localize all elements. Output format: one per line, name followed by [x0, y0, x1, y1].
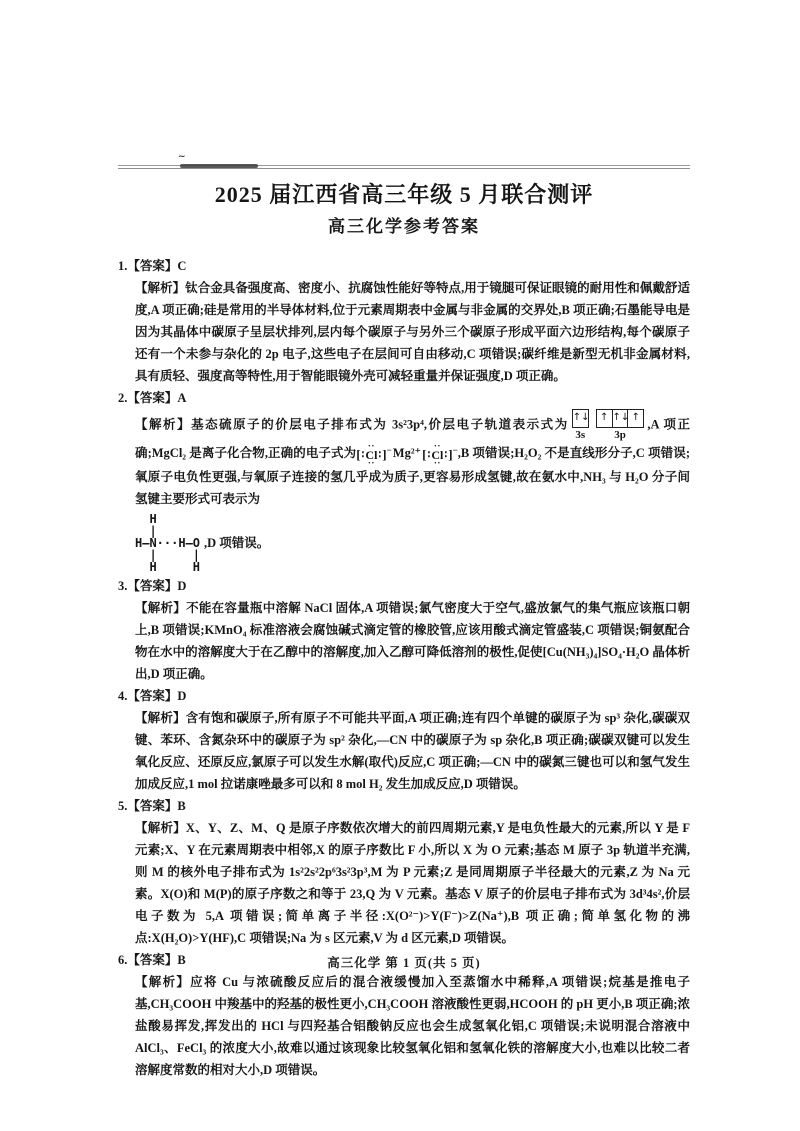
chloride-ion-structure: [∶··Cl··∶]−	[422, 444, 458, 466]
question-number: 3.	[118, 579, 127, 593]
bracket-open: [	[422, 444, 426, 466]
orbital-3p-column: ↑↑↓↑3p	[596, 409, 645, 442]
question-3: 3.【答案】D 【解析】不能在容量瓶中溶解 NaCl 固体,A 项错误;氯气密度…	[118, 575, 690, 685]
scan-corner-mark: ~	[178, 152, 186, 162]
question-5: 5.【答案】B 【解析】X、Y、Z、M、Q 是原子序数依次增大的前四周期元素,Y…	[118, 795, 690, 949]
question-1: 1.【答案】C 【解析】钛合金具备强度高、密度小、抗腐蚀性能好等特点,用于镜腿可…	[118, 255, 690, 387]
structure-conclusion-text: ,D 项错误。	[204, 532, 269, 554]
answer-line: 3.【答案】D	[118, 575, 690, 597]
analysis-label: 【解析】	[135, 601, 186, 615]
answer-label: 【答案】	[127, 799, 177, 813]
orbital-box-3p1: ↑	[596, 409, 613, 428]
page-title: 2025 届江西省高三年级 5 月联合测评	[118, 180, 690, 210]
answer-letter: C	[177, 259, 186, 273]
orbital-3s-column: ↑↓3s	[572, 409, 589, 442]
orbital-3p-boxes: ↑↑↓↑	[596, 409, 645, 428]
answer-label: 【答案】	[127, 579, 177, 593]
lone-pair-left: ∶	[428, 444, 431, 466]
structure-line: H H	[135, 561, 200, 573]
answer-line: 4.【答案】D	[118, 685, 690, 707]
hydrogen-bond-structural-formula: H |H—N···H—O | | H H	[135, 513, 200, 573]
question-number: 1.	[118, 259, 127, 273]
answer-label: 【答案】	[127, 259, 177, 273]
page-subtitle: 高三化学参考答案	[118, 214, 690, 240]
analysis-label: 【解析】	[135, 281, 185, 295]
question-4: 4.【答案】D 【解析】含有饱和碳原子,所有原子不可能共平面,A 项正确;连有四…	[118, 685, 690, 795]
answer-line: 5.【答案】B	[118, 795, 690, 817]
analysis-text: 钛合金具备强度高、密度小、抗腐蚀性能好等特点,用于镜腿可保证眼镜的耐用性和佩戴舒…	[135, 281, 690, 383]
answer-label: 【答案】	[127, 391, 177, 405]
orbital-label-3s: 3s	[575, 429, 585, 442]
analysis-text: X、Y、Z、M、Q 是原子序数依次增大的前四周期元素,Y 是电负性最大的元素,所…	[135, 821, 690, 945]
answer-letter: D	[177, 579, 186, 593]
hydrogen-bond-structure-row: H |H—N···H—O | | H H ,D 项错误。	[135, 513, 690, 573]
analysis-text: 含有饱和碳原子,所有原子不可能共平面,A 项正确;连有四个单键的碳原子为 sp³…	[135, 711, 690, 791]
orbital-box-3p2: ↑↓	[612, 409, 629, 428]
answer-label: 【答案】	[127, 689, 177, 703]
analysis-paragraph: 【解析】含有饱和碳原子,所有原子不可能共平面,A 项正确;连有四个单键的碳原子为…	[135, 707, 690, 795]
analysis-label: 【解析】	[135, 417, 191, 431]
lone-pair-right: ∶	[378, 444, 381, 466]
magnesium-ion: Mg²⁺	[393, 446, 421, 460]
analysis-text: 基态硫原子的价层电子排布式为 3s²3p⁴,价层电子轨道表示式为	[191, 417, 569, 431]
orbital-diagram: ↑↓3s↑↑↓↑3p	[572, 409, 645, 442]
chlorine-with-dots: ··Cl··	[431, 444, 443, 466]
scan-artifact-bar	[180, 164, 258, 168]
question-number: 2.	[118, 391, 127, 405]
analysis-text: 不能在容量瓶中溶解 NaCl 固体,A 项错误;氯气密度大于空气,盛放氯气的集气…	[135, 601, 690, 681]
question-number: 4.	[118, 689, 127, 703]
analysis-paragraph: 【解析】不能在容量瓶中溶解 NaCl 固体,A 项错误;氯气密度大于空气,盛放氯…	[135, 597, 690, 685]
lone-pair-right: ∶	[444, 444, 447, 466]
analysis-label: 【解析】	[135, 975, 190, 989]
negative-charge: −	[453, 439, 458, 461]
analysis-label: 【解析】	[135, 711, 186, 725]
analysis-text: 应将 Cu 与浓硫酸反应后的混合液缓慢加入至蒸馏水中稀释,A 项错误;烷基是推电…	[135, 975, 690, 1077]
analysis-paragraph: 【解析】X、Y、Z、M、Q 是原子序数依次增大的前四周期元素,Y 是电负性最大的…	[135, 817, 690, 949]
analysis-label: 【解析】	[135, 821, 186, 835]
exam-answer-page: ~ 2025 届江西省高三年级 5 月联合测评 高三化学参考答案 1.【答案】C…	[0, 0, 800, 1131]
lone-pair-bottom: ··	[368, 461, 375, 466]
negative-charge: −	[387, 439, 392, 461]
answer-line: 1.【答案】C	[118, 255, 690, 277]
orbital-box-3s: ↑↓	[572, 409, 589, 428]
lone-pair-bottom: ··	[434, 461, 441, 466]
chloride-ion-structure: [∶··Cl··∶]−	[356, 444, 392, 466]
question-number: 5.	[118, 799, 127, 813]
orbital-box-3p3: ↑	[627, 409, 644, 428]
answer-line: 2.【答案】A	[118, 387, 690, 409]
lone-pair-left: ∶	[362, 444, 365, 466]
header-rule-area: ~	[118, 150, 690, 172]
orbital-label-3p: 3p	[614, 429, 626, 442]
analysis-paragraph: 【解析】钛合金具备强度高、密度小、抗腐蚀性能好等特点,用于镜腿可保证眼镜的耐用性…	[135, 277, 690, 387]
question-2: 2.【答案】A 【解析】基态硫原子的价层电子排布式为 3s²3p⁴,价层电子轨道…	[118, 387, 690, 573]
chlorine-with-dots: ··Cl··	[365, 444, 377, 466]
analysis-paragraph: 【解析】基态硫原子的价层电子排布式为 3s²3p⁴,价层电子轨道表示式为↑↓3s…	[135, 409, 690, 510]
page-content: ~ 2025 届江西省高三年级 5 月联合测评 高三化学参考答案 1.【答案】C…	[118, 150, 690, 1081]
answer-letter: D	[177, 689, 186, 703]
page-footer: 高三化学 第 1 页(共 5 页)	[118, 953, 690, 971]
analysis-paragraph: 【解析】应将 Cu 与浓硫酸反应后的混合液缓慢加入至蒸馏水中稀释,A 项错误;烷…	[135, 971, 690, 1081]
bracket-open: [	[356, 444, 360, 466]
answer-letter: B	[177, 799, 185, 813]
answer-letter: A	[177, 391, 186, 405]
